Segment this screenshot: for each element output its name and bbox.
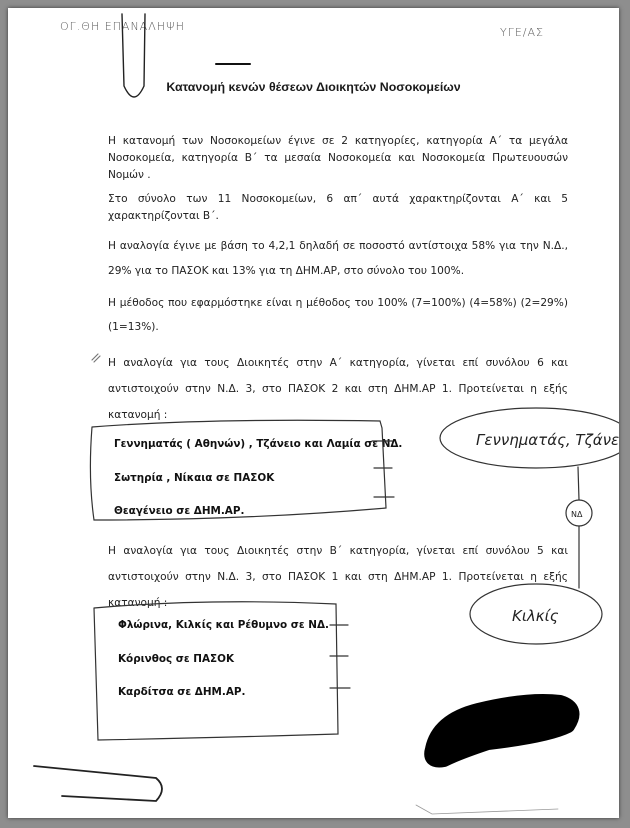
svg-text:ΝΔ: ΝΔ [571, 510, 583, 519]
svg-text:Γεννηματάς, Τζάνειο: Γεννηματάς, Τζάνειο [476, 431, 619, 449]
svg-text:Κιλκίς: Κιλκίς [512, 607, 559, 625]
document-page: ΟΓ.ΘΗ ΕΠΑΝΑΛΗΨΗ ΥΓΕ/ΑΣ Κατανομή κενών θέ… [8, 8, 619, 818]
handwritten-annotations: Γεννηματάς, Τζάνειο ΝΔ Κιλκίς [8, 8, 619, 818]
redaction-blot [431, 701, 572, 761]
